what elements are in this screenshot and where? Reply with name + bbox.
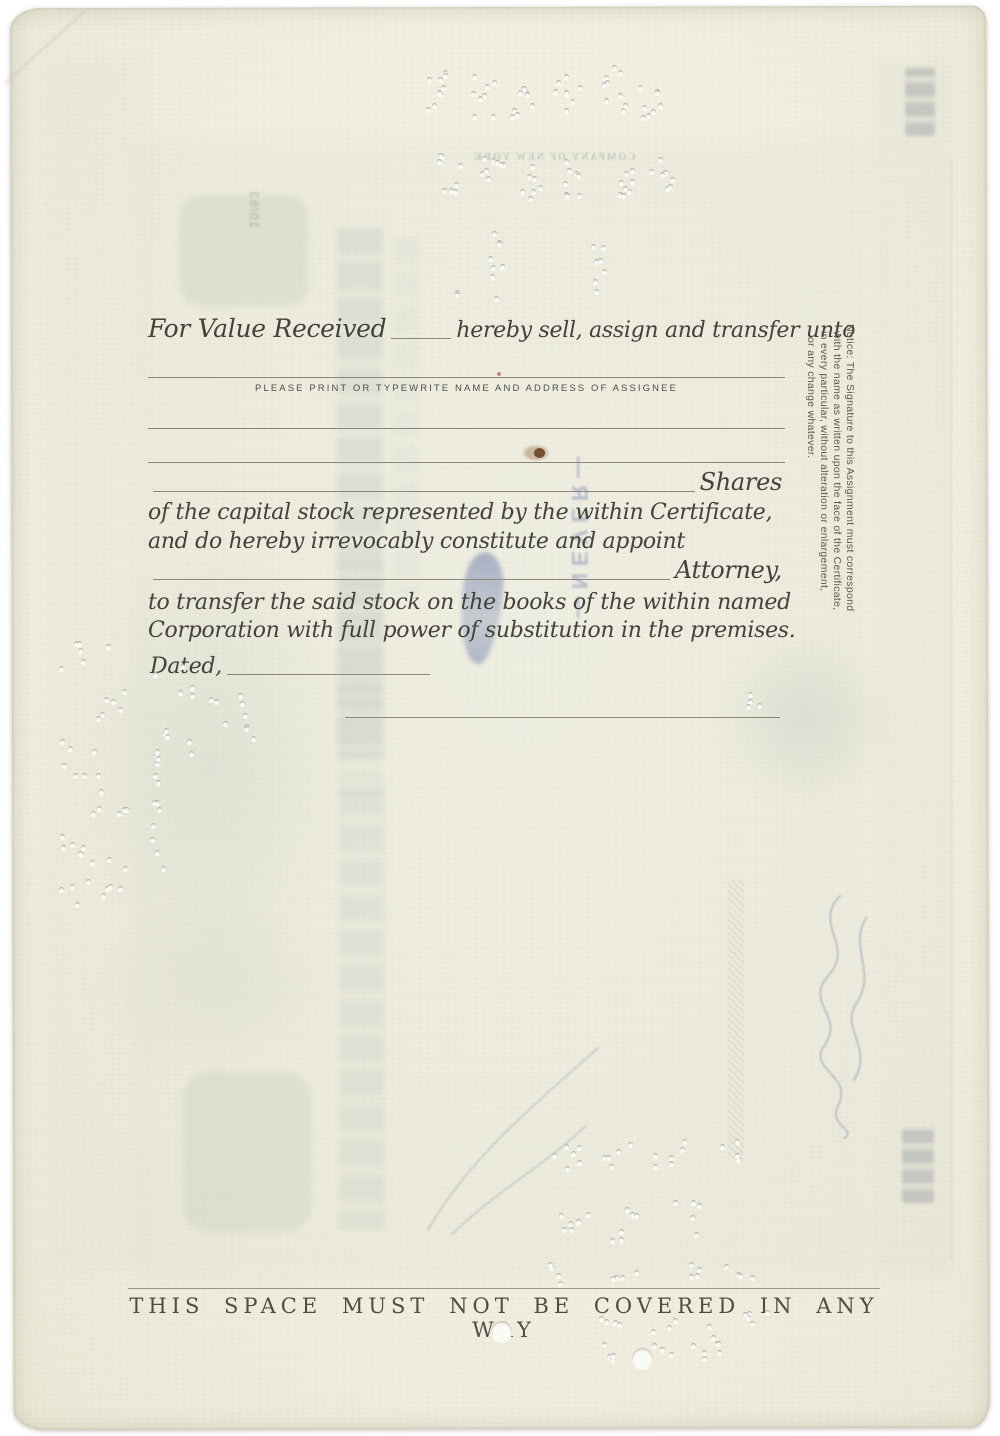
certificate-paper	[10, 6, 990, 1431]
scanned-certificate-back: 10/63 COMPANY OF NEW YORK —NEVER—	[0, 0, 1000, 1436]
